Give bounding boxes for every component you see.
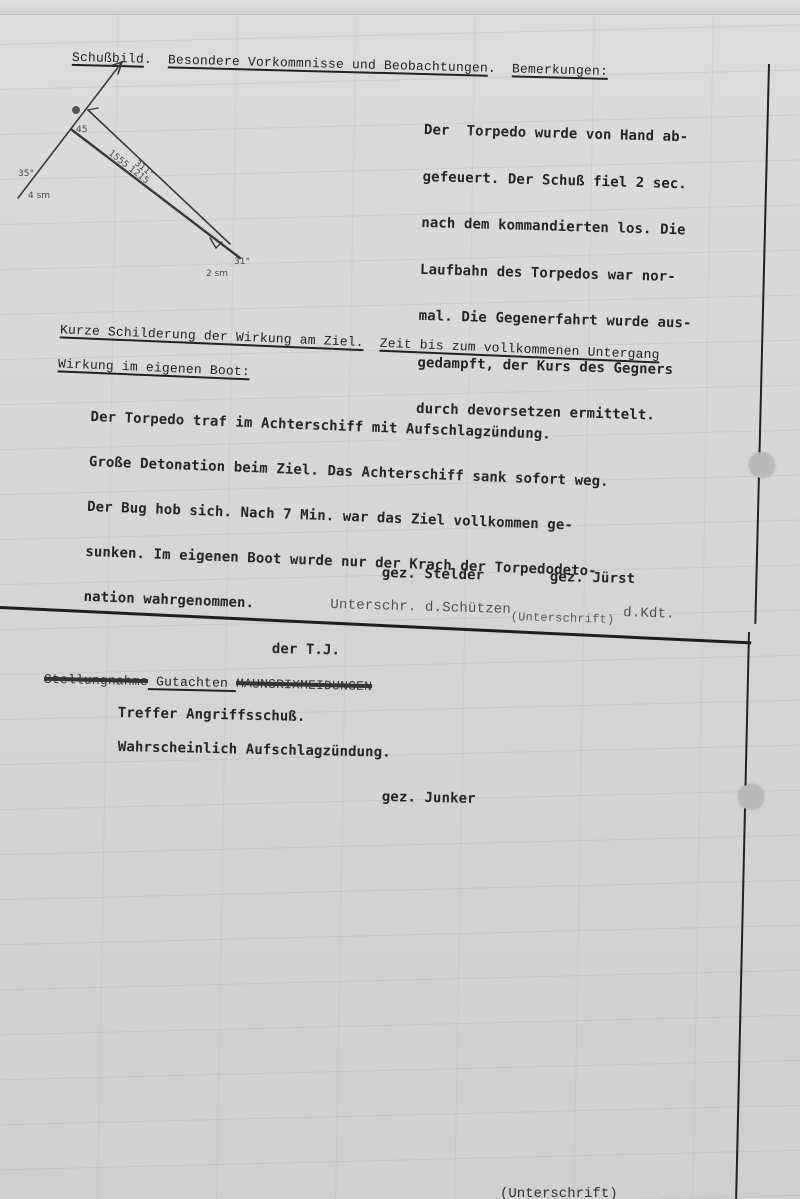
remarks-line: gefeuert. Der Schuß fiel 2 sec.	[422, 169, 695, 192]
heading-gutachten: Gutachten	[156, 674, 228, 691]
expert-line-1: Treffer Angriffsschuß.	[118, 706, 306, 724]
expert-heading-row: Stellungnahme Gutachten MAUNSRIXMEIDUNGE…	[11, 656, 372, 709]
effect-line: Der Torpedo traf im Achterschiff mit Auf…	[90, 410, 610, 445]
insert-above: der T.J.	[272, 642, 341, 657]
footer-unterschrift: (Unterschrift)	[500, 1186, 618, 1199]
signature-kdt: gez. Jürst	[550, 570, 636, 586]
effect-line: Der Bug hob sich. Nach 7 Min. war das Zi…	[87, 500, 607, 535]
punch-hole-lower	[738, 784, 764, 810]
heading-bemerkungen: Bemerkungen:	[512, 61, 608, 79]
target-course-line	[88, 110, 230, 244]
heading-wirkung-boot: Wirkung im eigenen Boot:	[58, 356, 250, 379]
margin-rule-lower	[735, 632, 750, 1199]
struck-suffix: MAUNSRIXMEIDUNGEN	[236, 676, 372, 694]
effect-line: Große Detonation beim Ziel. Das Achtersc…	[89, 455, 609, 490]
label-unterschrift: (Unterschrift)	[511, 610, 615, 627]
label-vertex-angle: 45	[76, 125, 87, 135]
label-target-angle: 31°	[234, 257, 250, 267]
remarks-line: nach dem kommandierten los. Die	[421, 216, 694, 239]
label-schuetze: Unterschr. d.Schützen	[330, 597, 511, 618]
effect-line: sunken. Im eigenen Boot wurde nur der Kr…	[85, 545, 605, 580]
shot-diagram: 35° 4 sm 45 311° 1555 1215 31° 2 sm	[10, 58, 280, 288]
torpedo-track-line	[72, 130, 240, 258]
document-page: Schußbild. Besondere Vorkommnisse und Be…	[0, 0, 800, 1199]
margin-rule-upper	[754, 64, 770, 624]
punch-hole-upper	[749, 452, 775, 478]
struck-prefix: Stellungnahme	[44, 672, 148, 689]
label-left-angle: 35°	[18, 169, 34, 179]
page-fold	[0, 0, 800, 15]
label-target-distance: 2 sm	[206, 269, 228, 279]
label-kdt: d.Kdt.	[623, 605, 675, 622]
label-left-distance: 4 sm	[28, 191, 50, 201]
expert-line-2: Wahrscheinlich Aufschlagzündung.	[118, 740, 391, 760]
shot-diagram-svg: 35° 4 sm 45 311° 1555 1215 31° 2 sm	[10, 58, 280, 288]
remarks-line: Der Torpedo wurde von Hand ab-	[424, 123, 697, 146]
remarks-line: Laufbahn des Torpedos war nor-	[420, 262, 693, 285]
signature-schuetze: gez. Stelder	[382, 566, 485, 582]
heading-untergang: Zeit bis zum vollkommenen Untergang	[379, 336, 659, 363]
expert-signature: gez. Junker	[382, 790, 476, 806]
own-boat-marker	[72, 106, 80, 114]
